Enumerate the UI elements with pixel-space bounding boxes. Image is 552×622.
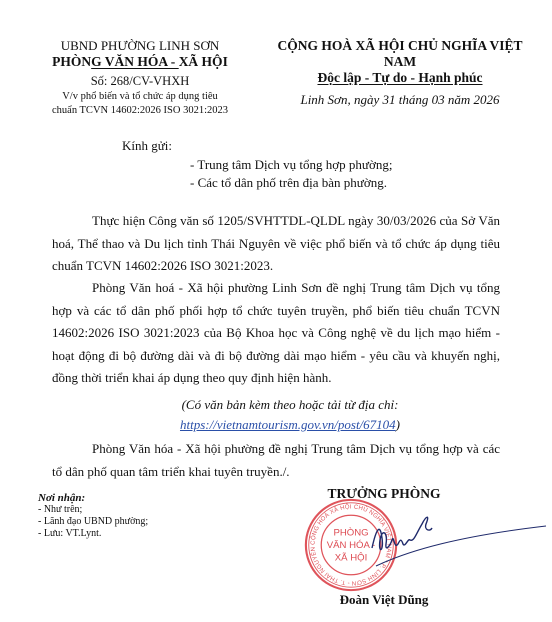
place-date: Linh Sơn, ngày 31 tháng 03 năm 2026 [262,92,538,108]
header-left: UBND PHƯỜNG LINH SƠN PHÒNG VĂN HÓA - XÃ … [20,38,260,117]
footer-recipient: - Như trên; [38,504,148,516]
signature-mark [370,510,550,570]
body-paragraph-1: Thực hiện Công văn số 1205/SVHTTDL-QLDL … [52,210,500,278]
recipients-footer: Nơi nhận: - Như trên; - Lãnh đạo UBND ph… [38,492,148,540]
svg-text:PHÒNG: PHÒNG [333,527,368,538]
issuing-authority: UBND PHƯỜNG LINH SƠN [20,38,260,54]
recipient-item: - Trung tâm Dịch vụ tổng hợp phường; [190,156,392,174]
attachment-link[interactable]: https://vietnamtourism.gov.vn/post/67104 [180,417,396,432]
footer-recipient: - Lãnh đạo UBND phường; [38,516,148,528]
svg-text:VĂN HÓA -: VĂN HÓA - [327,540,375,551]
header-right: CỘNG HOÀ XÃ HỘI CHỦ NGHĨA VIỆT NAM Độc l… [262,38,538,108]
motto: Độc lập - Tự do - Hạnh phúc [262,70,538,86]
footer-recipient: - Lưu: VT.Lynt. [38,528,148,540]
recipient-item: - Các tổ dân phố trên địa bàn phường. [190,174,387,192]
svg-text:XÃ HỘI: XÃ HỘI [335,552,367,563]
subject-line-1: V/v phổ biến và tổ chức áp dụng tiêu [20,90,260,103]
signer-name: Đoàn Việt Dũng [300,592,468,608]
body-paragraph-3: Phòng Văn hóa - Xã hội phường đề nghị Tr… [52,438,500,483]
national-title: CỘNG HOÀ XÃ HỘI CHỦ NGHĨA VIỆT NAM [262,38,538,70]
signer-title: TRƯỞNG PHÒNG [300,486,468,502]
body-paragraph-2: Phòng Văn hoá - Xã hội phường Linh Sơn đ… [52,277,500,390]
recipients-footer-title: Nơi nhận: [38,492,148,504]
subject-line-2: chuẩn TCVN 14602:2026 ISO 3021:2023 [20,104,260,117]
addressee-label: Kính gửi: [122,138,172,154]
attachment-note: (Có văn bản kèm theo hoặc tải từ địa chỉ… [120,395,460,435]
department-name: PHÒNG VĂN HÓA - XÃ HỘI [20,54,260,70]
document-number: Số: 268/CV-VHXH [20,74,260,89]
